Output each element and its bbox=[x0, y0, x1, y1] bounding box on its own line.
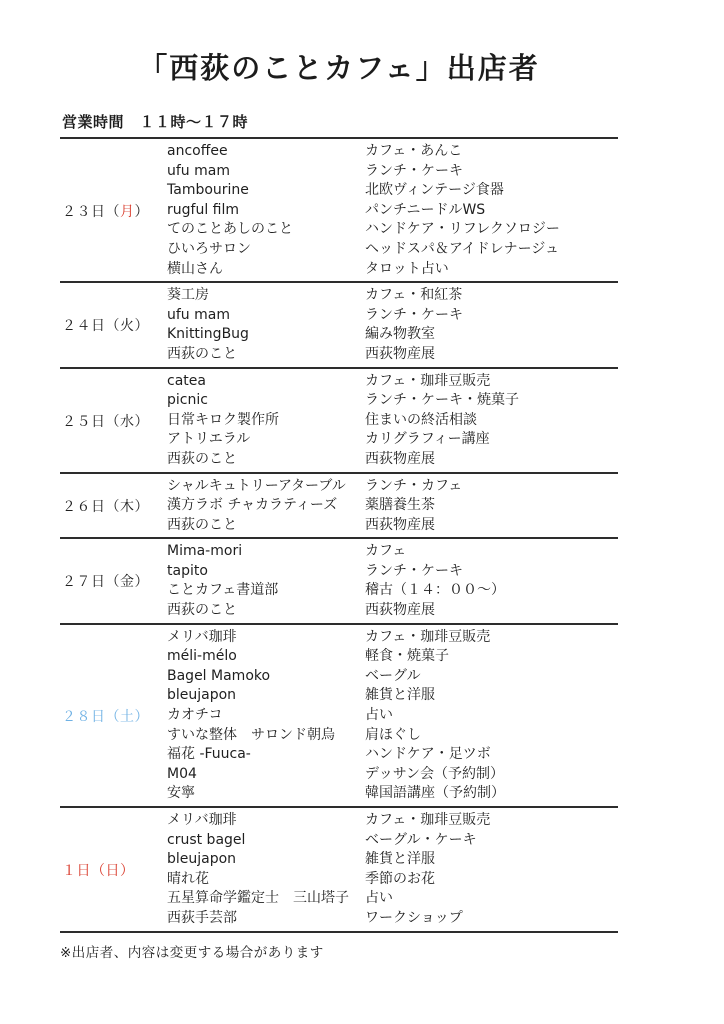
date-part: ２８日（土） bbox=[62, 709, 149, 725]
schedule-group: ２６日（木）シャルキュトリーアターブルランチ・カフェ漢方ラボ チャカラティーズ薬… bbox=[60, 474, 618, 540]
vendor-rows: Mima-moriカフェtapitoランチ・ケーキことカフェ書道部稽古（１４：０… bbox=[167, 542, 618, 620]
vendor-name: bleujapon bbox=[167, 850, 365, 870]
date-part: ２５日（水） bbox=[62, 414, 149, 430]
vendor-name: カオチコ bbox=[167, 706, 365, 726]
vendor-row: 横山さんタロット占い bbox=[167, 260, 618, 280]
vendor-name: ことカフェ書道部 bbox=[167, 581, 365, 601]
schedule-group: ２３日（月）ancoffeeカフェ・あんこufu mamランチ・ケーキTambo… bbox=[60, 139, 618, 283]
vendor-description: 占い bbox=[365, 889, 618, 909]
vendor-row: 日常キロク製作所住まいの終活相談 bbox=[167, 411, 618, 431]
date-part: ２６日（木） bbox=[62, 499, 149, 515]
vendor-row: KnittingBug編み物教室 bbox=[167, 325, 618, 345]
vendor-row: ufu mamランチ・ケーキ bbox=[167, 306, 618, 326]
vendor-rows: メリバ珈琲カフェ・珈琲豆販売méli-mélo軽食・焼菓子Bagel Mamok… bbox=[167, 628, 618, 804]
vendor-row: crust bagelベーグル・ケーキ bbox=[167, 831, 618, 851]
vendor-description: 住まいの終活相談 bbox=[365, 411, 618, 431]
vendor-row: メリバ珈琲カフェ・珈琲豆販売 bbox=[167, 628, 618, 648]
vendor-rows: cateaカフェ・珈琲豆販売picnicランチ・ケーキ・焼菓子日常キロク製作所住… bbox=[167, 372, 618, 470]
date-label: ２３日（月） bbox=[60, 142, 167, 279]
vendor-name: catea bbox=[167, 372, 365, 392]
vendor-row: ことカフェ書道部稽古（１４：００～） bbox=[167, 581, 618, 601]
vendor-row: 西荻のこと西荻物産展 bbox=[167, 601, 618, 621]
date-part: ２７日（金） bbox=[62, 574, 149, 590]
vendor-name: méli-mélo bbox=[167, 647, 365, 667]
vendor-name: 葵工房 bbox=[167, 286, 365, 306]
vendor-row: Tambourine北欧ヴィンテージ食器 bbox=[167, 181, 618, 201]
schedule-table: ２３日（月）ancoffeeカフェ・あんこufu mamランチ・ケーキTambo… bbox=[60, 137, 618, 933]
vendor-name: ufu mam bbox=[167, 306, 365, 326]
vendor-name: M04 bbox=[167, 765, 365, 785]
vendor-row: tapitoランチ・ケーキ bbox=[167, 562, 618, 582]
vendor-name: tapito bbox=[167, 562, 365, 582]
vendor-row: メリバ珈琲カフェ・珈琲豆販売 bbox=[167, 811, 618, 831]
vendor-name: メリバ珈琲 bbox=[167, 628, 365, 648]
vendor-description: 薬膳養生茶 bbox=[365, 496, 618, 516]
vendor-name: Mima-mori bbox=[167, 542, 365, 562]
vendor-row: bleujapon雑貨と洋服 bbox=[167, 850, 618, 870]
vendor-description: ランチ・ケーキ bbox=[365, 306, 618, 326]
vendor-row: 五星算命学鑑定士 三山塔子占い bbox=[167, 889, 618, 909]
vendor-name: 西荻のこと bbox=[167, 601, 365, 621]
vendor-row: 葵工房カフェ・和紅茶 bbox=[167, 286, 618, 306]
vendor-name: bleujapon bbox=[167, 686, 365, 706]
footer-note: ※出店者、内容は変更する場合があります bbox=[60, 941, 618, 961]
date-part: ） bbox=[135, 204, 150, 220]
vendor-name: 日常キロク製作所 bbox=[167, 411, 365, 431]
date-label: ２４日（火） bbox=[60, 286, 167, 364]
vendor-name: 晴れ花 bbox=[167, 870, 365, 890]
vendor-description: ワークショップ bbox=[365, 909, 618, 929]
vendor-row: bleujapon雑貨と洋服 bbox=[167, 686, 618, 706]
vendor-name: アトリエラル bbox=[167, 430, 365, 450]
vendor-name: KnittingBug bbox=[167, 325, 365, 345]
vendor-name: 西荻手芸部 bbox=[167, 909, 365, 929]
vendor-name: Tambourine bbox=[167, 181, 365, 201]
date-label: １日（日） bbox=[60, 811, 167, 929]
vendor-description: ベーグル・ケーキ bbox=[365, 831, 618, 851]
schedule-group: ２７日（金）Mima-moriカフェtapitoランチ・ケーキことカフェ書道部稽… bbox=[60, 539, 618, 624]
vendor-row: Bagel Mamokoベーグル bbox=[167, 667, 618, 687]
vendor-description: カフェ・珈琲豆販売 bbox=[365, 811, 618, 831]
vendor-row: 西荻のこと西荻物産展 bbox=[167, 450, 618, 470]
vendor-row: méli-mélo軽食・焼菓子 bbox=[167, 647, 618, 667]
vendor-description: ヘッドスパ＆アイドレナージュ bbox=[365, 240, 618, 260]
vendor-name: crust bagel bbox=[167, 831, 365, 851]
vendor-description: 軽食・焼菓子 bbox=[365, 647, 618, 667]
date-part: ２４日（火） bbox=[62, 318, 149, 334]
vendor-description: 北欧ヴィンテージ食器 bbox=[365, 181, 618, 201]
schedule-group: １日（日）メリバ珈琲カフェ・珈琲豆販売crust bagelベーグル・ケーキbl… bbox=[60, 808, 618, 933]
vendor-description: 稽古（１４：００～） bbox=[365, 581, 618, 601]
vendor-description: ランチ・カフェ bbox=[365, 477, 618, 497]
vendor-name: 安寧 bbox=[167, 784, 365, 804]
vendor-name: ancoffee bbox=[167, 142, 365, 162]
vendor-row: シャルキュトリーアターブルランチ・カフェ bbox=[167, 477, 618, 497]
vendor-description: カフェ・珈琲豆販売 bbox=[365, 628, 618, 648]
vendor-row: Mima-moriカフェ bbox=[167, 542, 618, 562]
date-label: ２８日（土） bbox=[60, 628, 167, 804]
page: 「西荻のことカフェ」出店者 営業時間 １１時～１７時 ２３日（月）ancoffe… bbox=[0, 0, 724, 1024]
schedule-group: ２８日（土）メリバ珈琲カフェ・珈琲豆販売méli-mélo軽食・焼菓子Bagel… bbox=[60, 625, 618, 808]
vendor-description: 雑貨と洋服 bbox=[365, 850, 618, 870]
vendor-rows: 葵工房カフェ・和紅茶ufu mamランチ・ケーキKnittingBug編み物教室… bbox=[167, 286, 618, 364]
content-area: 「西荻のことカフェ」出店者 営業時間 １１時～１７時 ２３日（月）ancoffe… bbox=[60, 46, 618, 961]
date-part: １日（日） bbox=[62, 863, 135, 879]
vendor-description: 西荻物産展 bbox=[365, 601, 618, 621]
vendor-row: 安寧韓国語講座（予約制） bbox=[167, 784, 618, 804]
vendor-name: シャルキュトリーアターブル bbox=[167, 477, 365, 497]
vendor-description: カフェ・和紅茶 bbox=[365, 286, 618, 306]
vendor-name: 西荻のこと bbox=[167, 516, 365, 536]
vendor-rows: シャルキュトリーアターブルランチ・カフェ漢方ラボ チャカラティーズ薬膳養生茶西荻… bbox=[167, 477, 618, 536]
vendor-description: 西荻物産展 bbox=[365, 516, 618, 536]
date-label: ２５日（水） bbox=[60, 372, 167, 470]
vendor-description: ハンドケア・リフレクソロジー bbox=[365, 220, 618, 240]
vendor-description: ハンドケア・足ツボ bbox=[365, 745, 618, 765]
schedule-group: ２４日（火）葵工房カフェ・和紅茶ufu mamランチ・ケーキKnittingBu… bbox=[60, 283, 618, 368]
vendor-name: 西荻のこと bbox=[167, 450, 365, 470]
vendor-description: ランチ・ケーキ・焼菓子 bbox=[365, 391, 618, 411]
vendor-description: 雑貨と洋服 bbox=[365, 686, 618, 706]
vendor-row: 漢方ラボ チャカラティーズ薬膳養生茶 bbox=[167, 496, 618, 516]
vendor-name: てのことあしのこと bbox=[167, 220, 365, 240]
vendor-name: ufu mam bbox=[167, 162, 365, 182]
vendor-description: 肩ほぐし bbox=[365, 726, 618, 746]
vendor-name: ひいろサロン bbox=[167, 240, 365, 260]
vendor-rows: ancoffeeカフェ・あんこufu mamランチ・ケーキTambourine北… bbox=[167, 142, 618, 279]
vendor-description: ベーグル bbox=[365, 667, 618, 687]
vendor-description: タロット占い bbox=[365, 260, 618, 280]
vendor-description: 西荻物産展 bbox=[365, 450, 618, 470]
date-part: ２３日（ bbox=[62, 204, 120, 220]
vendor-description: デッサン会（予約制） bbox=[365, 765, 618, 785]
vendor-name: picnic bbox=[167, 391, 365, 411]
vendor-name: すいな整体 サロンド朝烏 bbox=[167, 726, 365, 746]
vendor-name: 福花 -Fuuca- bbox=[167, 745, 365, 765]
vendor-description: カフェ・あんこ bbox=[365, 142, 618, 162]
schedule-group: ２５日（水）cateaカフェ・珈琲豆販売picnicランチ・ケーキ・焼菓子日常キ… bbox=[60, 369, 618, 474]
vendor-row: 福花 -Fuuca-ハンドケア・足ツボ bbox=[167, 745, 618, 765]
vendor-name: 漢方ラボ チャカラティーズ bbox=[167, 496, 365, 516]
vendor-description: パンチニードルWS bbox=[365, 201, 618, 221]
vendor-row: 西荻のこと西荻物産展 bbox=[167, 516, 618, 536]
vendor-name: 五星算命学鑑定士 三山塔子 bbox=[167, 889, 365, 909]
vendor-row: rugful filmパンチニードルWS bbox=[167, 201, 618, 221]
vendor-row: ancoffeeカフェ・あんこ bbox=[167, 142, 618, 162]
vendor-description: 西荻物産展 bbox=[365, 345, 618, 365]
date-part: 月 bbox=[120, 204, 135, 220]
vendor-description: カフェ bbox=[365, 542, 618, 562]
vendor-row: カオチコ占い bbox=[167, 706, 618, 726]
vendor-rows: メリバ珈琲カフェ・珈琲豆販売crust bagelベーグル・ケーキbleujap… bbox=[167, 811, 618, 929]
vendor-description: 季節のお花 bbox=[365, 870, 618, 890]
vendor-description: ランチ・ケーキ bbox=[365, 162, 618, 182]
vendor-description: ランチ・ケーキ bbox=[365, 562, 618, 582]
vendor-name: Bagel Mamoko bbox=[167, 667, 365, 687]
vendor-row: M04デッサン会（予約制） bbox=[167, 765, 618, 785]
vendor-description: 韓国語講座（予約制） bbox=[365, 784, 618, 804]
vendor-row: てのことあしのことハンドケア・リフレクソロジー bbox=[167, 220, 618, 240]
vendor-row: すいな整体 サロンド朝烏肩ほぐし bbox=[167, 726, 618, 746]
vendor-name: rugful film bbox=[167, 201, 365, 221]
vendor-row: 晴れ花季節のお花 bbox=[167, 870, 618, 890]
date-label: ２６日（木） bbox=[60, 477, 167, 536]
vendor-row: cateaカフェ・珈琲豆販売 bbox=[167, 372, 618, 392]
page-title: 「西荻のことカフェ」出店者 bbox=[60, 46, 618, 87]
vendor-row: 西荻手芸部ワークショップ bbox=[167, 909, 618, 929]
vendor-name: 西荻のこと bbox=[167, 345, 365, 365]
vendor-name: 横山さん bbox=[167, 260, 365, 280]
vendor-row: picnicランチ・ケーキ・焼菓子 bbox=[167, 391, 618, 411]
vendor-row: アトリエラルカリグラフィー講座 bbox=[167, 430, 618, 450]
business-hours-label: 営業時間 １１時～１７時 bbox=[62, 111, 618, 132]
vendor-name: メリバ珈琲 bbox=[167, 811, 365, 831]
vendor-row: 西荻のこと西荻物産展 bbox=[167, 345, 618, 365]
vendor-description: 編み物教室 bbox=[365, 325, 618, 345]
vendor-row: ひいろサロンヘッドスパ＆アイドレナージュ bbox=[167, 240, 618, 260]
vendor-row: ufu mamランチ・ケーキ bbox=[167, 162, 618, 182]
vendor-description: カフェ・珈琲豆販売 bbox=[365, 372, 618, 392]
vendor-description: 占い bbox=[365, 706, 618, 726]
date-label: ２７日（金） bbox=[60, 542, 167, 620]
vendor-description: カリグラフィー講座 bbox=[365, 430, 618, 450]
